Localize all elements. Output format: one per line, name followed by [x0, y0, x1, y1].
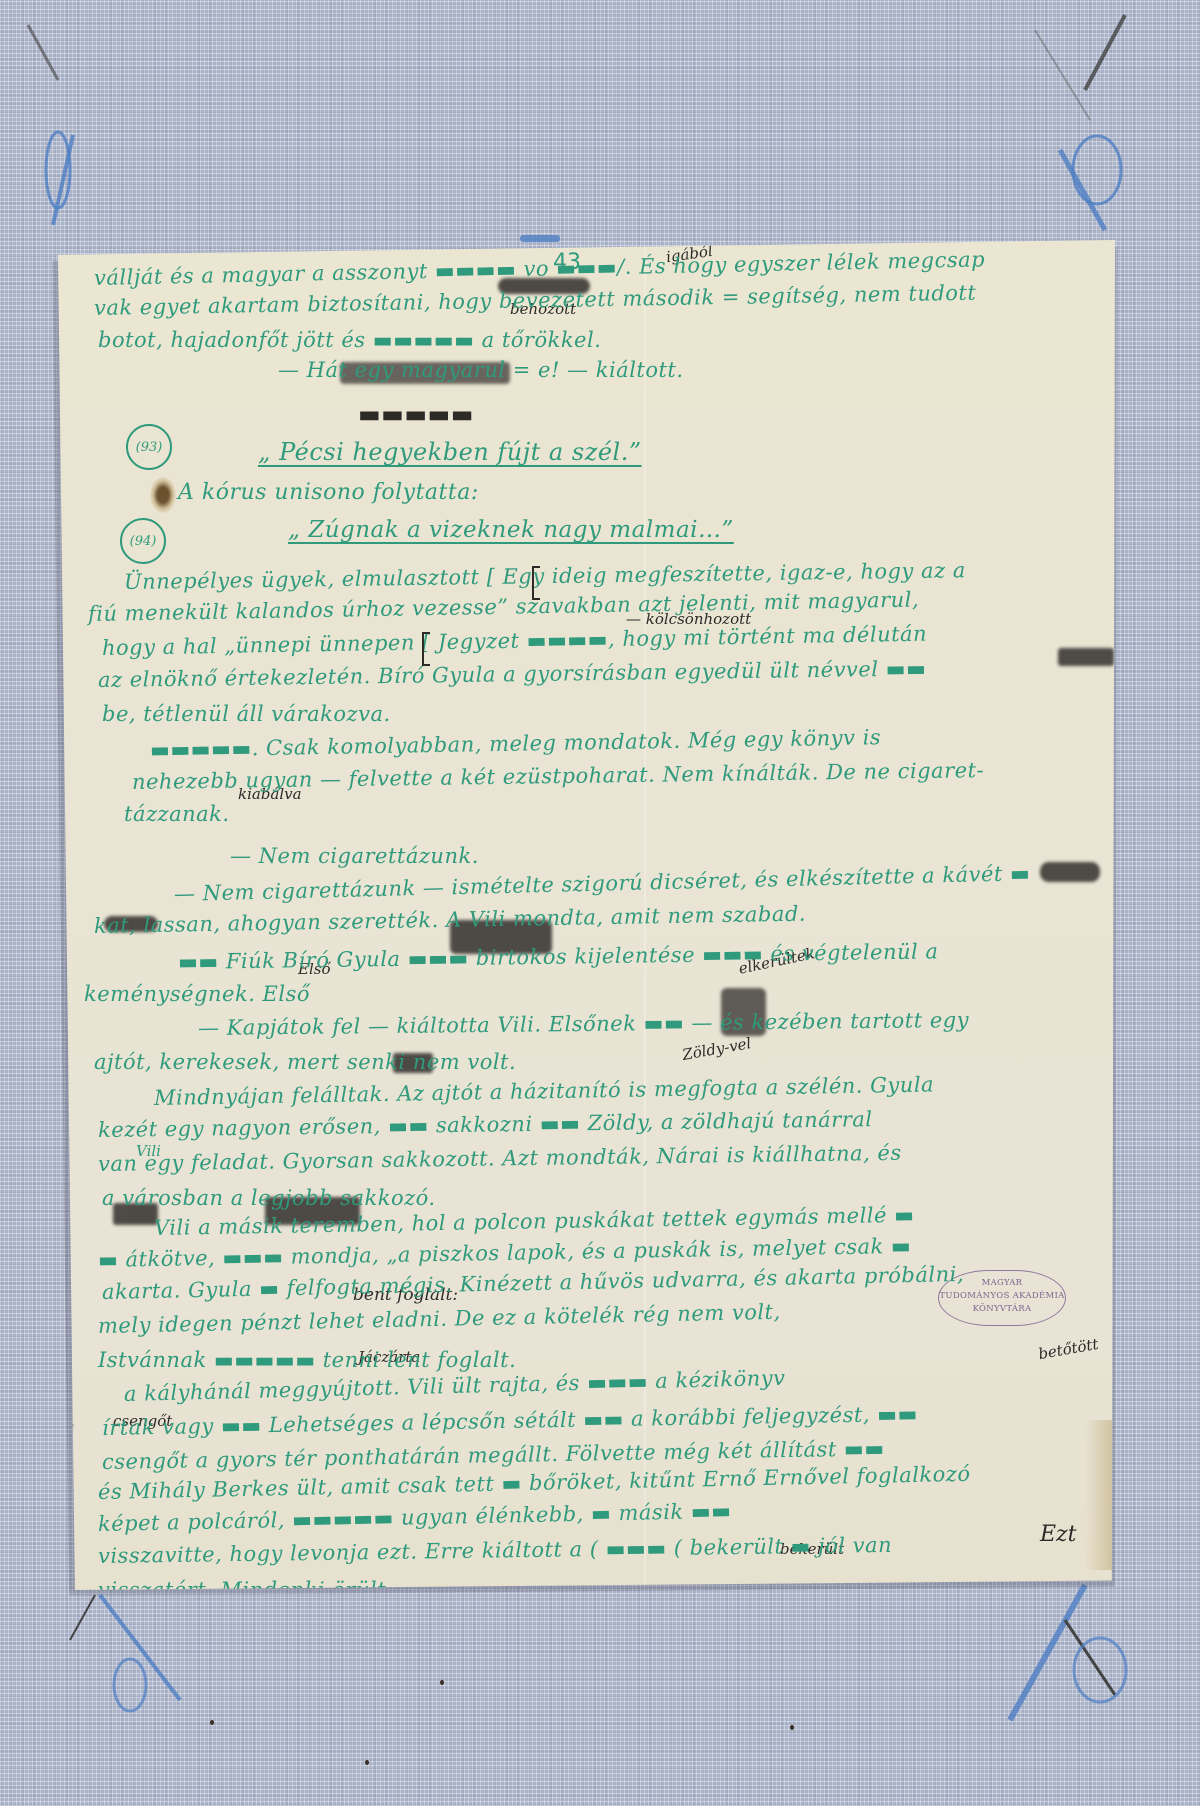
struck-heading: ▬▬▬▬▬: [358, 400, 474, 428]
manuscript-line: mely idegen pénzt lehet eladni. De ez a …: [98, 1300, 781, 1338]
pencil-mark-bottom-right: [990, 1580, 1150, 1740]
manuscript-line: nehezebb ugyan — felvette a két ezüstpoh…: [132, 758, 984, 794]
manuscript-line: — Kapjátok fel — kiáltotta Vili. Elsőnek…: [198, 1008, 969, 1040]
pencil-dash-top: [520, 235, 560, 242]
manuscript-line: írtak vagy ▬▬ Lehetséges a lépcsőn sétál…: [102, 1402, 918, 1440]
manuscript-line: be, tétlenül áll várakozva.: [102, 702, 391, 726]
manuscript-line: képet a polcáról, ▬▬▬▬▬ ugyan élénkebb, …: [98, 1499, 732, 1536]
ink-blot: [1040, 862, 1100, 882]
insertion-bracket: [422, 632, 430, 666]
speck: [365, 1760, 369, 1765]
ink-stain: [150, 477, 176, 513]
manuscript-line: A kórus unisono folytatta:: [178, 480, 479, 505]
speck: [440, 1680, 444, 1685]
manuscript-line: — Nem cigarettázunk.: [230, 844, 479, 868]
manuscript-line: van egy feladat. Gyorsan sakkozott. Azt …: [98, 1141, 902, 1176]
pencil-mark-top-right: [1015, 10, 1135, 240]
manuscript-line: Gyula ▬▬▬▬▬ a mindig hallgatag kertben, …: [168, 1595, 890, 1632]
manuscript-line: a városban a legjobb sakkozó.: [102, 1186, 436, 1210]
manuscript-line: fiú menekült kalandos úrhoz vezesse” sza…: [88, 587, 919, 626]
manuscript-line: visszavitte, hogy levonja ezt. Erre kiál…: [98, 1533, 892, 1568]
margin-circle-mark: (93): [126, 424, 172, 470]
pencil-mark-bottom-left: [60, 1590, 200, 1730]
margin-circle-mark: (94): [120, 518, 166, 564]
pencil-mark-top-left: [18, 20, 98, 240]
manuscript-line: az elnöknő értekezletén. Bíró Gyula a gy…: [98, 656, 927, 692]
manuscript-line: Mindnyájan felálltak. Az ajtót a házitan…: [154, 1072, 934, 1110]
interlinear-insert: Ezt: [1040, 1522, 1077, 1547]
manuscript-line: „ Zúgnak a vizeknek nagy malmai…”: [288, 517, 734, 543]
manuscript-line: ajtót, kerekesek, mert senki nem volt.: [94, 1050, 516, 1074]
speck: [790, 1725, 794, 1730]
speck: [210, 1720, 214, 1725]
manuscript-line: ▬▬ Fiúk Bíró Gyula ▬▬▬ birtokos kijelent…: [178, 939, 939, 974]
manuscript-line: keménységnek. Első: [84, 982, 310, 1006]
insertion-bracket: [532, 566, 540, 600]
interlinear-insert: betőtött: [1037, 1335, 1100, 1363]
manuscript-line: Istvánnak ▬▬▬▬▬ tenni lent foglalt.: [98, 1348, 516, 1372]
manuscript-page: 43 (93) (94) MAGYAR TUDOMÁNYOS AKADÉMIA …: [58, 240, 1115, 1590]
manuscript-line: hogy a hal „ünnepi ünnepen [ Jegyzet ▬▬▬…: [102, 622, 927, 660]
torn-edge: [1085, 1420, 1115, 1570]
ink-blot: [1058, 648, 1114, 666]
manuscript-line: tázzanak.: [124, 802, 230, 826]
manuscript-line: kezét egy nagyon erősen, ▬▬ sakkozni ▬▬ …: [98, 1107, 873, 1142]
manuscript-line: ▬▬▬▬▬. Csak komolyabban, meleg mondatok.…: [150, 725, 881, 762]
interlinear-insert: Zöldy-vel: [681, 1034, 753, 1064]
manuscript-line: ülve ▬▬ vágtató állt, dalolta, melyet mi…: [98, 1628, 868, 1660]
manuscript-line: botot, hajadonfőt jött és ▬▬▬▬▬ a tőrökk…: [98, 328, 601, 352]
manuscript-line: — Hát egy magyarul = e! — kiáltott.: [278, 358, 684, 382]
manuscript-line: „ Pécsi hegyekben fújt a szél.”: [258, 438, 642, 466]
